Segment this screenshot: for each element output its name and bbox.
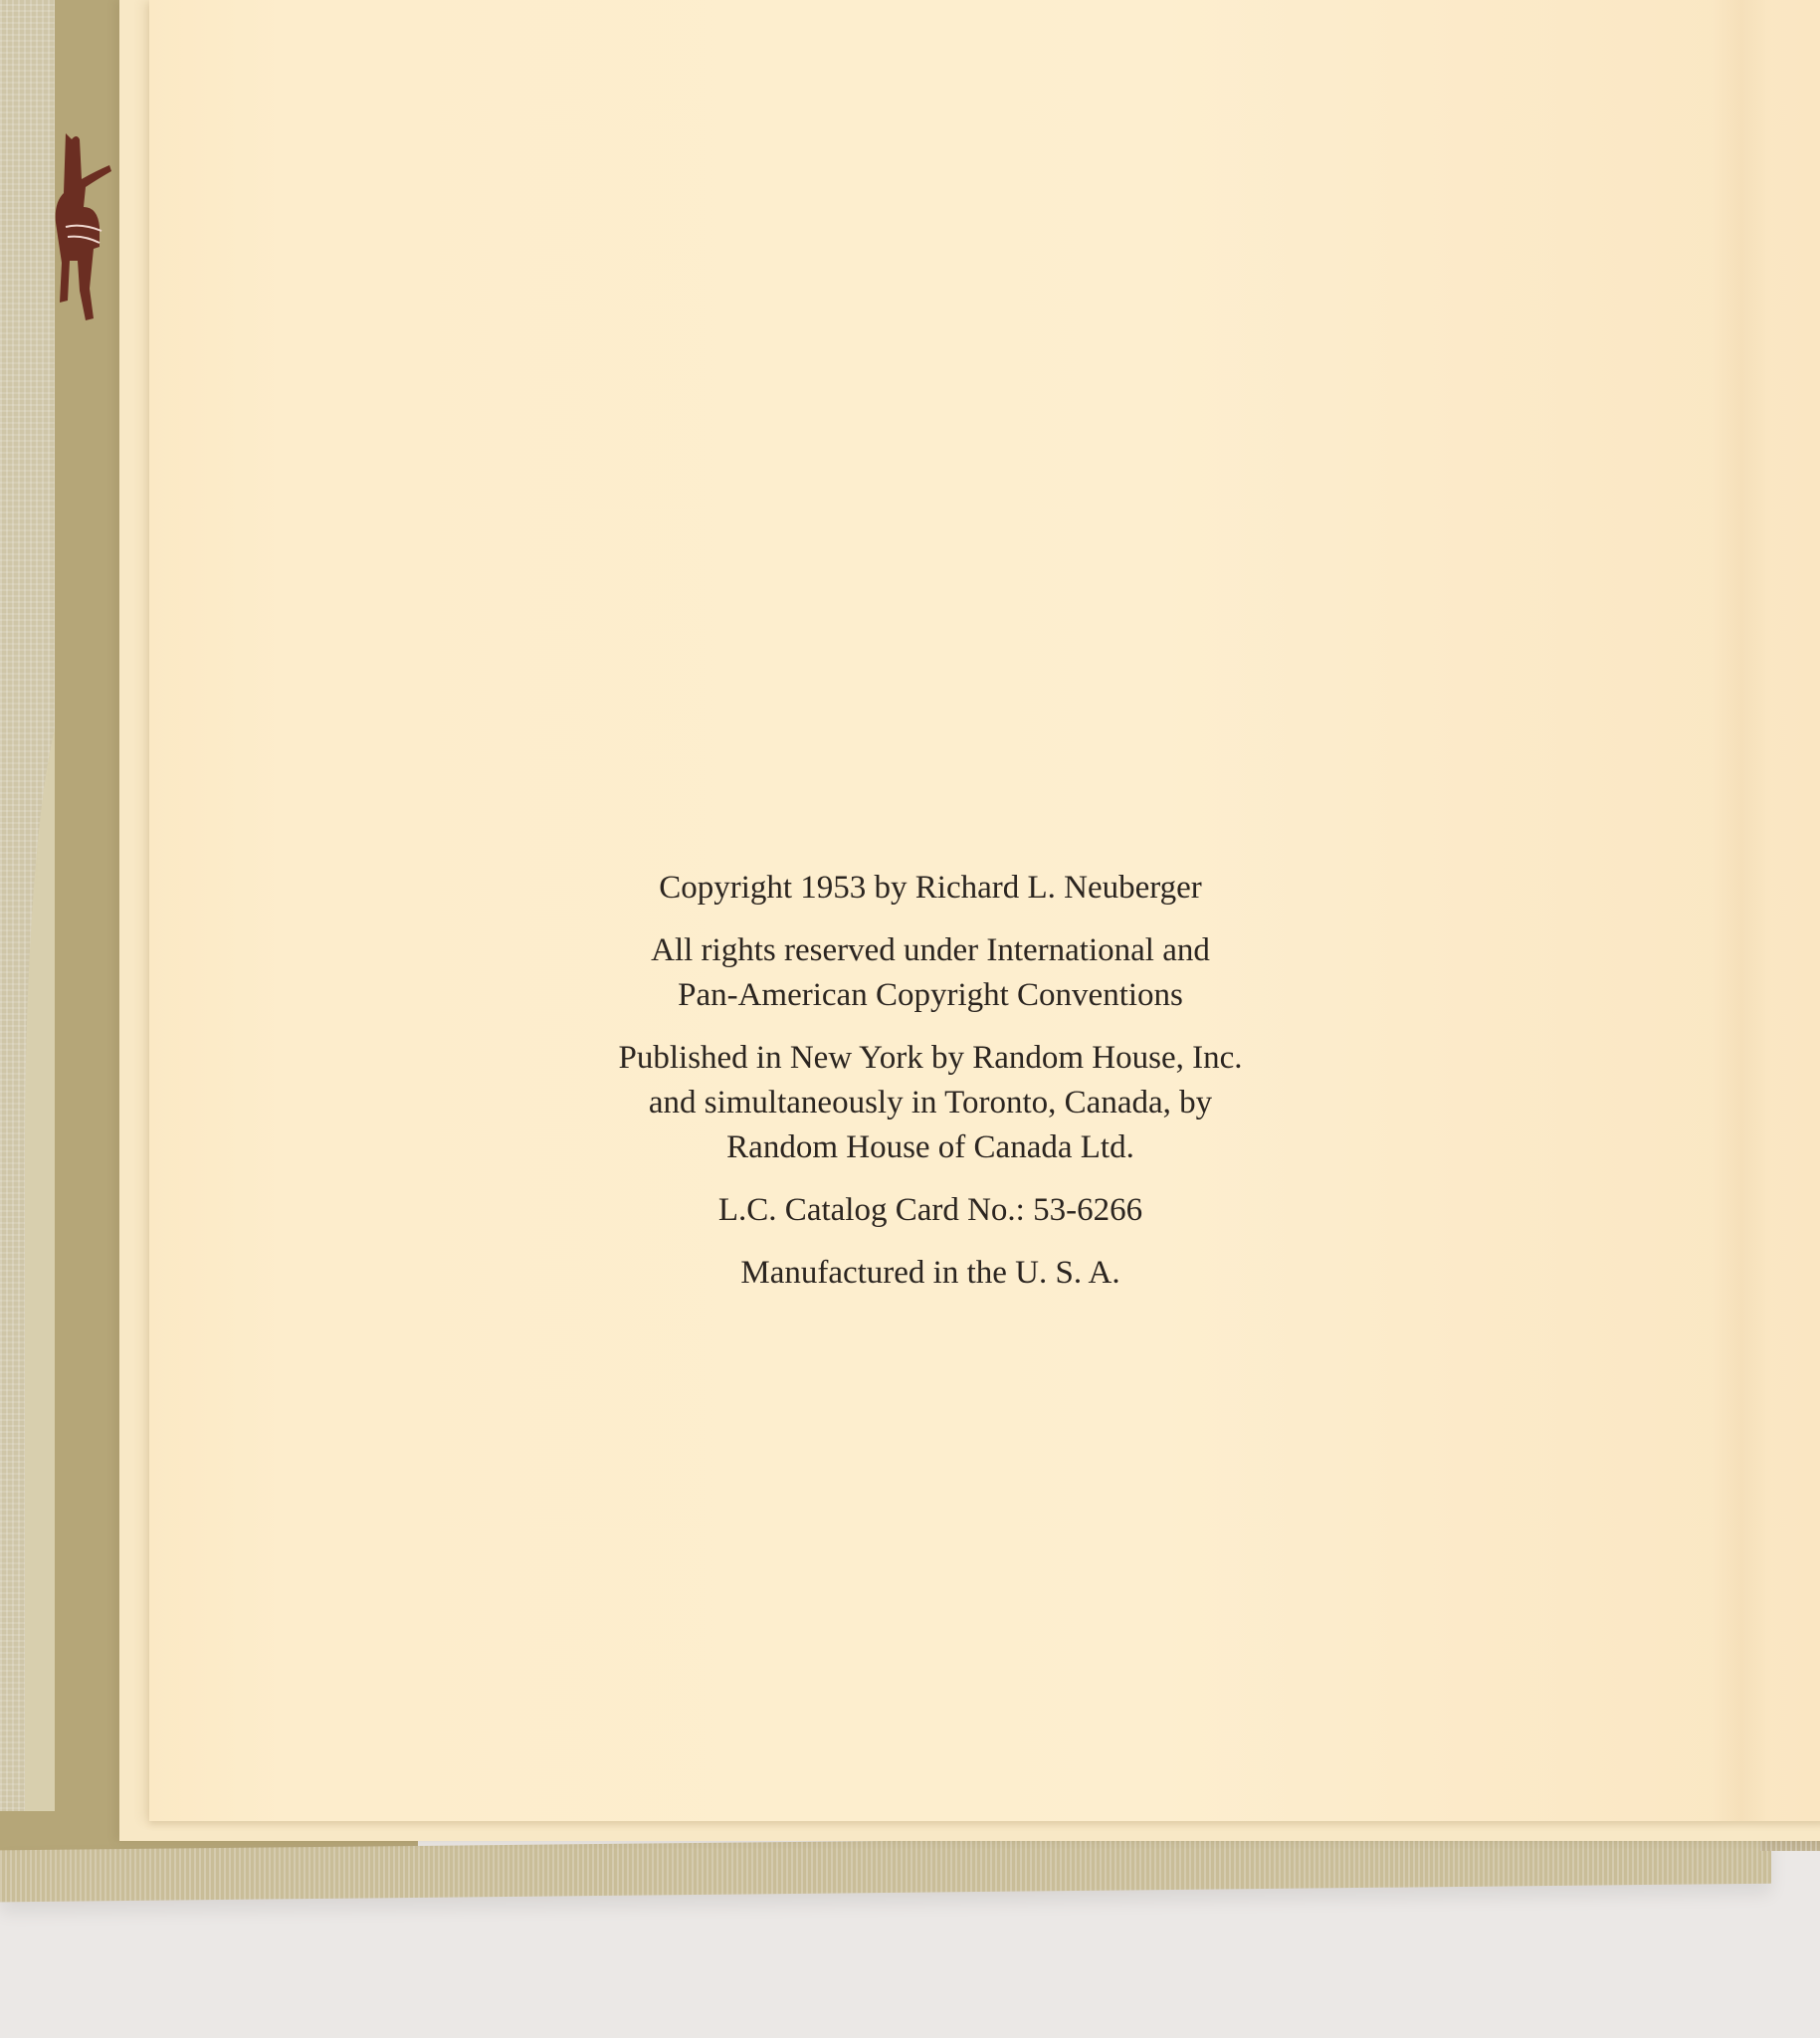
book-photo: Copyright 1953 by Richard L. Neuberger A…	[0, 0, 1820, 2038]
camel-rider-illustration-icon	[52, 129, 126, 368]
manufactured-line: Manufactured in the U. S. A.	[0, 1251, 1820, 1296]
rights-statement: All rights reserved under International …	[0, 928, 1820, 1018]
copyright-line: Copyright 1953 by Richard L. Neuberger	[0, 866, 1820, 911]
catalog-number: L.C. Catalog Card No.: 53-6266	[0, 1188, 1820, 1233]
publisher-statement: Published in New York by Random House, I…	[0, 1036, 1820, 1170]
imprint-block: Copyright 1953 by Richard L. Neuberger A…	[0, 866, 1820, 1314]
